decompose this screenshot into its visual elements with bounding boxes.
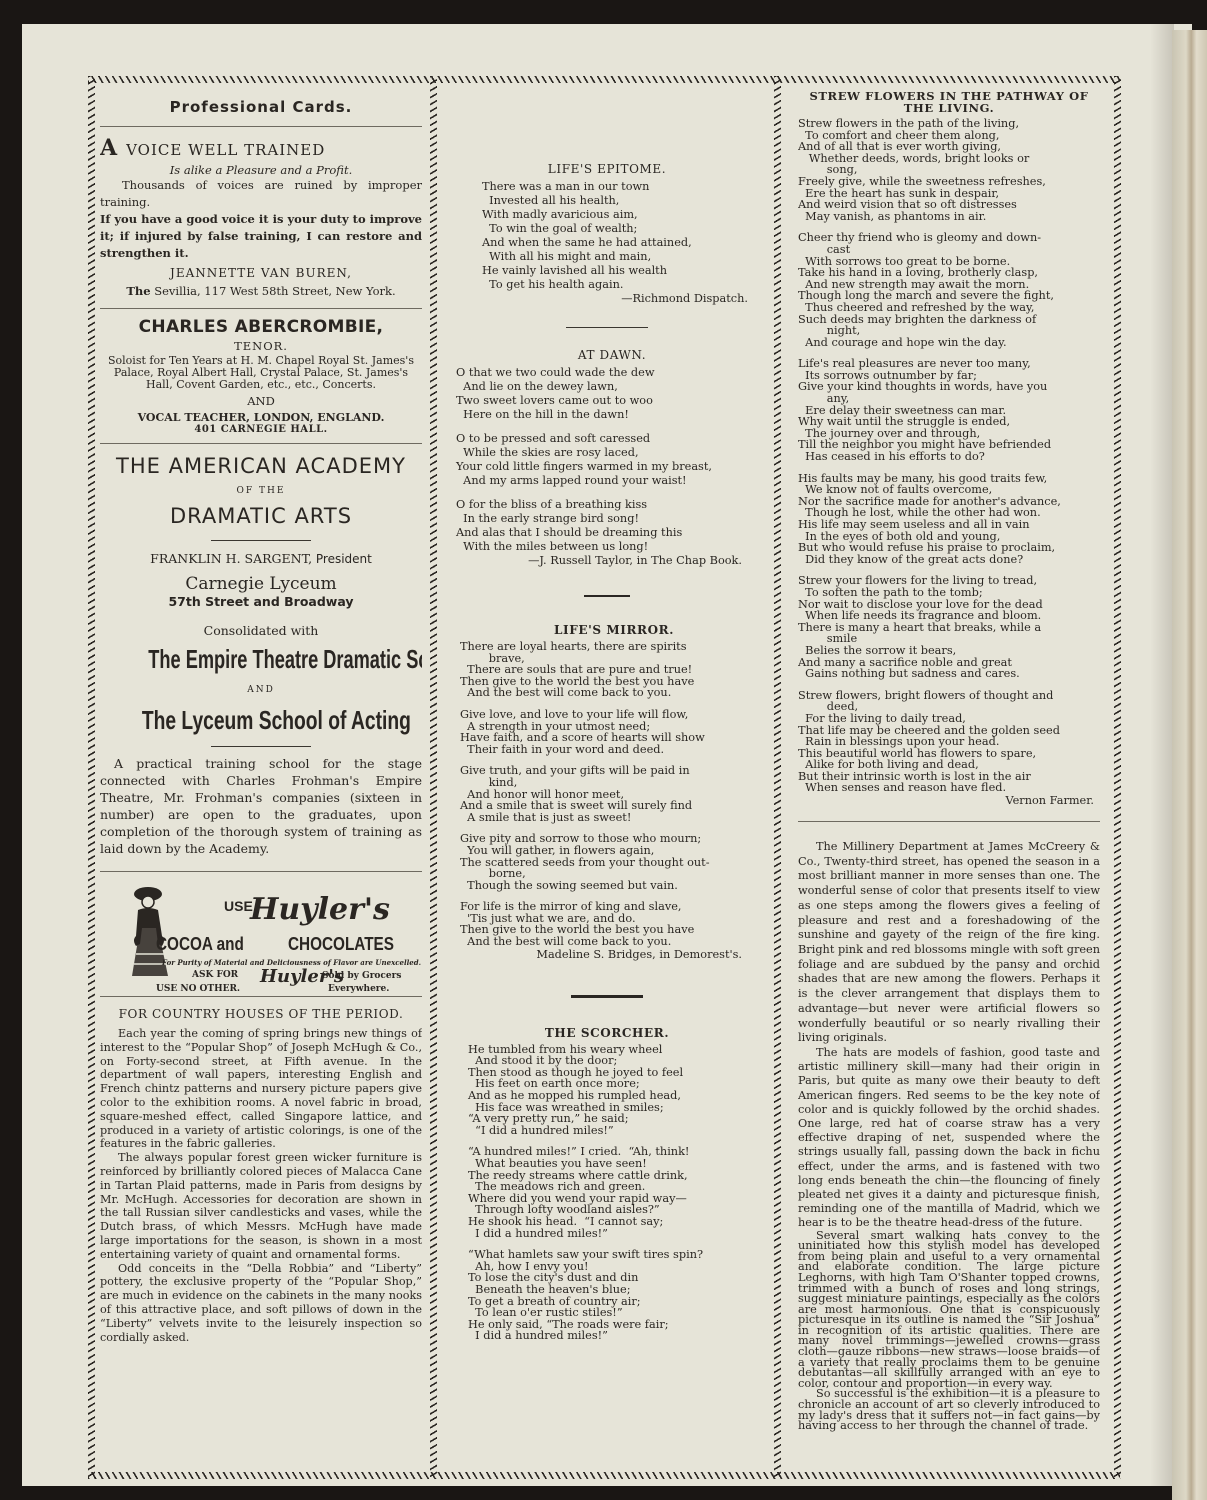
poem-stanza: O that we two could wade the dew And lie… bbox=[456, 366, 768, 422]
academy-title-line-2: OF THE bbox=[100, 486, 422, 496]
article-paragraph: The hats are models of fashion, good tas… bbox=[798, 1046, 1100, 1231]
hatched-border-top bbox=[88, 76, 1120, 83]
poem-attribution: —J. Russell Taylor, in The Chap Book. bbox=[456, 554, 742, 567]
ad-ask-for: ASK FOR bbox=[192, 970, 238, 980]
divider bbox=[100, 443, 422, 444]
poem-line: Has ceased in his efforts to do? bbox=[798, 451, 1100, 463]
poem-stanza: Cheer thy friend who is gleomy and down-… bbox=[798, 232, 1100, 348]
hatched-border-bottom bbox=[88, 1472, 1120, 1479]
academy-president: FRANKLIN H. SARGENT, President bbox=[100, 551, 422, 566]
poem-line: When life needs its fragrance and bloom. bbox=[798, 610, 1100, 622]
poem-stanza: Strew your flowers for the living to tre… bbox=[798, 575, 1100, 679]
card-name: JEANNETTE VAN BUREN, bbox=[100, 266, 422, 280]
card-body-2: If you have a good voice it is your duty… bbox=[100, 211, 422, 262]
article-body: Each year the coming of spring brings ne… bbox=[100, 1027, 422, 1344]
poem-line: Here on the hill in the dawn! bbox=[456, 408, 768, 422]
divider bbox=[566, 327, 648, 328]
poem-line: Belies the sorrow it bears, bbox=[798, 645, 1100, 657]
poem-lifes-epitome: LIFE'S EPITOME. There was a man in our t… bbox=[446, 162, 768, 305]
hatched-column-divider-1 bbox=[430, 76, 437, 1479]
card-charles-abercrombie: CHARLES ABERCROMBIE, TENOR. Soloist for … bbox=[100, 317, 422, 435]
right-column: STREW FLOWERS IN THE PATHWAY OF THE LIVI… bbox=[798, 90, 1100, 1460]
article-paragraph: Odd conceits in the “Della Robbia” and “… bbox=[100, 1262, 422, 1345]
poem-stanza: O for the bliss of a breathing kiss In t… bbox=[456, 498, 768, 554]
poem-line: And courage and hope win the day. bbox=[798, 337, 1100, 349]
poem-line: And as he mopped his rumpled head, bbox=[468, 1090, 768, 1102]
poem-line: night, bbox=[798, 325, 1100, 337]
divider bbox=[211, 540, 311, 541]
poem-line: And a smile that is sweet will surely fi… bbox=[460, 800, 768, 812]
poem-line: What beauties you have seen! bbox=[468, 1158, 768, 1170]
article-paragraph: So successful is the exhibition—it is a … bbox=[798, 1389, 1100, 1431]
poem-stanzas: Strew flowers in the path of the living,… bbox=[798, 118, 1100, 794]
poem-strew-flowers: STREW FLOWERS IN THE PATHWAY OF THE LIVI… bbox=[798, 90, 1100, 807]
card-name: CHARLES ABERCROMBIE, bbox=[100, 317, 422, 337]
poem-stanzas: There are loyal hearts, there are spirit… bbox=[460, 641, 768, 948]
poem-line: Your cold little fingers warmed in my br… bbox=[456, 460, 768, 474]
poem-line: While the skies are rosy laced, bbox=[456, 446, 768, 460]
poem-line: To lean o'er rustic stiles!” bbox=[468, 1307, 768, 1319]
poem-line: To soften the path to the tomb; bbox=[798, 587, 1100, 599]
poem-line: And the best will come back to you. bbox=[460, 687, 768, 699]
poem-line: Gains nothing but sadness and cares. bbox=[798, 668, 1100, 680]
dropcap: A bbox=[100, 135, 118, 161]
poem-stanza: His faults may be many, his good traits … bbox=[798, 473, 1100, 566]
poem-stanza: There was a man in our town Invested all… bbox=[482, 180, 768, 292]
poem-stanza: Strew flowers in the path of the living,… bbox=[798, 118, 1100, 222]
poem-line: O for the bliss of a breathing kiss bbox=[456, 498, 768, 512]
poem-line: Give love, and love to your life will fl… bbox=[460, 709, 768, 721]
academy-school-2: The Lyceum School of Acting bbox=[142, 705, 380, 736]
card-body-1: Thousands of voices are ruined by improp… bbox=[100, 177, 422, 211]
poem-stanzas: O that we two could wade the dew And lie… bbox=[456, 366, 768, 554]
article-paragraph: The Millinery Department at James McCree… bbox=[798, 840, 1100, 1046]
poem-attribution: —Richmond Dispatch. bbox=[482, 292, 748, 305]
article-paragraph: Several smart walking hats convey to the… bbox=[798, 1231, 1100, 1390]
card-and: AND bbox=[100, 394, 422, 408]
hatched-border-right bbox=[1114, 76, 1121, 1479]
binding-spine bbox=[1172, 30, 1207, 1500]
academy-title-line-3: DRAMATIC ARTS bbox=[100, 502, 422, 530]
poem-stanza: Give pity and sorrow to those who mourn;… bbox=[460, 833, 768, 891]
card-title: VOICE WELL TRAINED bbox=[126, 141, 325, 159]
divider bbox=[100, 126, 422, 127]
poem-stanza: Life's real pleasures are never too many… bbox=[798, 358, 1100, 462]
poem-line: Strew flowers in the path of the living, bbox=[798, 118, 1100, 130]
poem-line: With madly avaricious aim, bbox=[482, 208, 768, 222]
poem-stanzas: There was a man in our town Invested all… bbox=[482, 180, 768, 292]
academy-ad: THE AMERICAN ACADEMY OF THE DRAMATIC ART… bbox=[100, 452, 422, 857]
poem-line: To get his health again. bbox=[482, 278, 768, 292]
ad-sold-by: Sold by Grocers Everywhere. bbox=[322, 970, 401, 996]
poem-line: any, bbox=[798, 393, 1100, 405]
poem-lifes-mirror: LIFE'S MIRROR. There are loyal hearts, t… bbox=[446, 623, 768, 961]
poem-line: He vainly lavished all his wealth bbox=[482, 264, 768, 278]
poem-title: LIFE'S EPITOME. bbox=[446, 162, 768, 176]
section-title: Professional Cards. bbox=[100, 98, 422, 116]
poem-stanza: “A hundred miles!” I cried. “Ah, think! … bbox=[468, 1146, 768, 1239]
poem-stanza: For life is the mirror of king and slave… bbox=[460, 901, 768, 947]
poem-line: And alas that I should be dreaming this bbox=[456, 526, 768, 540]
poem-title: LIFE'S MIRROR. bbox=[460, 623, 768, 637]
poem-attribution: Vernon Farmer. bbox=[798, 794, 1094, 807]
academy-venue-address: 57th Street and Broadway bbox=[100, 594, 422, 609]
ad-product-left: COCOA and bbox=[156, 934, 244, 955]
card-subtitle: Is alike a Pleasure and a Profit. bbox=[100, 163, 422, 177]
article-title: FOR COUNTRY HOUSES OF THE PERIOD. bbox=[100, 1007, 422, 1021]
poem-line: And when the same he had attained, bbox=[482, 236, 768, 250]
poem-stanza: “What hamlets saw your swift tires spin?… bbox=[468, 1249, 768, 1342]
left-column: Professional Cards. AVOICE WELL TRAINED … bbox=[100, 90, 422, 1460]
poem-title: THE SCORCHER. bbox=[446, 1026, 768, 1040]
president-name: FRANKLIN H. SARGENT, bbox=[150, 551, 312, 566]
address-prefix: The bbox=[126, 284, 150, 298]
poem-line: I did a hundred miles!” bbox=[468, 1228, 768, 1240]
poem-line: “What hamlets saw your swift tires spin? bbox=[468, 1249, 768, 1261]
poem-line: Two sweet lovers came out to woo bbox=[456, 394, 768, 408]
card-address: The Sevillia, 117 West 58th Street, New … bbox=[100, 284, 422, 298]
poem-stanza: Give truth, and your gifts will be paid … bbox=[460, 765, 768, 823]
ad-product-right: CHOCOLATES bbox=[288, 934, 394, 955]
divider bbox=[100, 308, 422, 309]
poem-line: In the early strange bird song! bbox=[456, 512, 768, 526]
poem-stanza: Strew flowers, bright flowers of thought… bbox=[798, 690, 1100, 794]
ad-use: USE bbox=[224, 898, 253, 914]
poem-line: cast bbox=[798, 244, 1100, 256]
poem-line: kind, bbox=[460, 777, 768, 789]
poem-line: Did they know of the great acts done? bbox=[798, 554, 1100, 566]
poem-at-dawn: AT DAWN. O that we two could wade the de… bbox=[446, 348, 768, 567]
sold-by-line: Sold by Grocers bbox=[322, 970, 401, 983]
poem-attribution: Madeline S. Bridges, in Demorest's. bbox=[460, 948, 742, 961]
poem-line: Though the sowing seemed but vain. bbox=[460, 880, 768, 892]
academy-and: AND bbox=[100, 685, 422, 695]
poem-line: And the best will come back to you. bbox=[460, 936, 768, 948]
poem-line: With the miles between us long! bbox=[456, 540, 768, 554]
poem-line: O to be pressed and soft caressed bbox=[456, 432, 768, 446]
academy-title-line-1: THE AMERICAN ACADEMY bbox=[100, 452, 422, 480]
poem-line: And lie on the dewey lawn, bbox=[456, 380, 768, 394]
poem-line: There was a man in our town bbox=[482, 180, 768, 194]
poem-line: You will gather, in flowers again, bbox=[460, 845, 768, 857]
poem-stanza: There are loyal hearts, there are spirit… bbox=[460, 641, 768, 699]
poem-line: And my arms lapped round your waist! bbox=[456, 474, 768, 488]
divider bbox=[100, 871, 422, 872]
poem-line: May vanish, as phantoms in air. bbox=[798, 211, 1100, 223]
hatched-border-left bbox=[88, 76, 95, 1479]
address-text: Sevillia, 117 West 58th Street, New York… bbox=[151, 284, 396, 298]
article-paragraph: The always popular forest green wicker f… bbox=[100, 1151, 422, 1261]
president-title: President bbox=[312, 552, 372, 566]
poem-the-scorcher: THE SCORCHER. He tumbled from his weary … bbox=[446, 1026, 768, 1342]
article-paragraph: Each year the coming of spring brings ne… bbox=[100, 1027, 422, 1151]
hatched-column-divider-2 bbox=[774, 76, 781, 1479]
divider bbox=[798, 821, 1100, 822]
ad-use-no-other: USE NO OTHER. bbox=[156, 984, 240, 994]
poem-line: borne, bbox=[460, 868, 768, 880]
poem-line: O that we two could wade the dew bbox=[456, 366, 768, 380]
divider bbox=[100, 996, 422, 997]
middle-column: LIFE'S EPITOME. There was a man in our t… bbox=[446, 90, 768, 1460]
card-teacher: VOCAL TEACHER, LONDON, ENGLAND. bbox=[100, 411, 422, 424]
card-voice-well-trained: AVOICE WELL TRAINED Is alike a Pleasure … bbox=[100, 135, 422, 298]
poem-line: With all his might and main, bbox=[482, 250, 768, 264]
poem-line: Their faith in your word and deed. bbox=[460, 744, 768, 756]
poem-stanza: O to be pressed and soft caressed While … bbox=[456, 432, 768, 488]
poem-line: And weird vision that so oft distresses bbox=[798, 199, 1100, 211]
poem-line: Thus cheered and refreshed by the way, bbox=[798, 302, 1100, 314]
poem-line: I did a hundred miles!” bbox=[468, 1330, 768, 1342]
poem-line: Beneath the heaven's blue; bbox=[468, 1284, 768, 1296]
academy-consolidated: Consolidated with bbox=[100, 623, 422, 638]
divider bbox=[571, 995, 643, 998]
academy-school-1: The Empire Theatre Dramatic School bbox=[148, 644, 373, 675]
poem-line: There are loyal hearts, there are spirit… bbox=[460, 641, 768, 653]
poem-line: When senses and reason have fled. bbox=[798, 782, 1100, 794]
poem-line: Rain in blessings upon your head. bbox=[798, 736, 1100, 748]
page-shadow bbox=[1150, 24, 1174, 1486]
academy-description: A practical training school for the stag… bbox=[100, 755, 422, 857]
poem-line: Invested all his health, bbox=[482, 194, 768, 208]
poem-line: His life may seem useless and all in vai… bbox=[798, 519, 1100, 531]
poem-line: “I did a hundred miles!” bbox=[468, 1125, 768, 1137]
poem-stanza: Give love, and love to your life will fl… bbox=[460, 709, 768, 755]
poem-title: AT DAWN. bbox=[456, 348, 768, 362]
poem-line: Have faith, and a score of hearts will s… bbox=[460, 732, 768, 744]
article-country-houses: FOR COUNTRY HOUSES OF THE PERIOD. Each y… bbox=[100, 1007, 422, 1344]
poem-line: Freely give, while the sweetness refresh… bbox=[798, 176, 1100, 188]
poem-line: To win the goal of wealth; bbox=[482, 222, 768, 236]
academy-venue: Carnegie Lyceum bbox=[100, 574, 422, 594]
card-body: Soloist for Ten Years at H. M. Chapel Ro… bbox=[100, 355, 422, 391]
poem-title: STREW FLOWERS IN THE PATHWAY OF THE LIVI… bbox=[798, 90, 1100, 114]
everywhere-line: Everywhere. bbox=[322, 983, 401, 996]
card-role: TENOR. bbox=[100, 339, 422, 353]
divider bbox=[211, 746, 311, 747]
poem-stanza: He tumbled from his weary wheel And stoo… bbox=[468, 1044, 768, 1137]
card-address: 401 CARNEGIE HALL. bbox=[100, 424, 422, 435]
poem-line: A smile that is just as sweet! bbox=[460, 812, 768, 824]
article-millinery: The Millinery Department at James McCree… bbox=[798, 840, 1100, 1432]
poem-line: He shook his head. “I cannot say; bbox=[468, 1216, 768, 1228]
divider bbox=[584, 595, 630, 597]
poem-line: For the living to daily tread, bbox=[798, 713, 1100, 725]
poem-stanzas: He tumbled from his weary wheel And stoo… bbox=[468, 1044, 768, 1342]
huylers-cocoa-ad: USE Huyler's COCOA and CHOCOLATES For Pu… bbox=[100, 880, 422, 988]
brand-logo: Huyler's bbox=[250, 892, 390, 927]
poem-line: Take his hand in a loving, brotherly cla… bbox=[798, 267, 1100, 279]
